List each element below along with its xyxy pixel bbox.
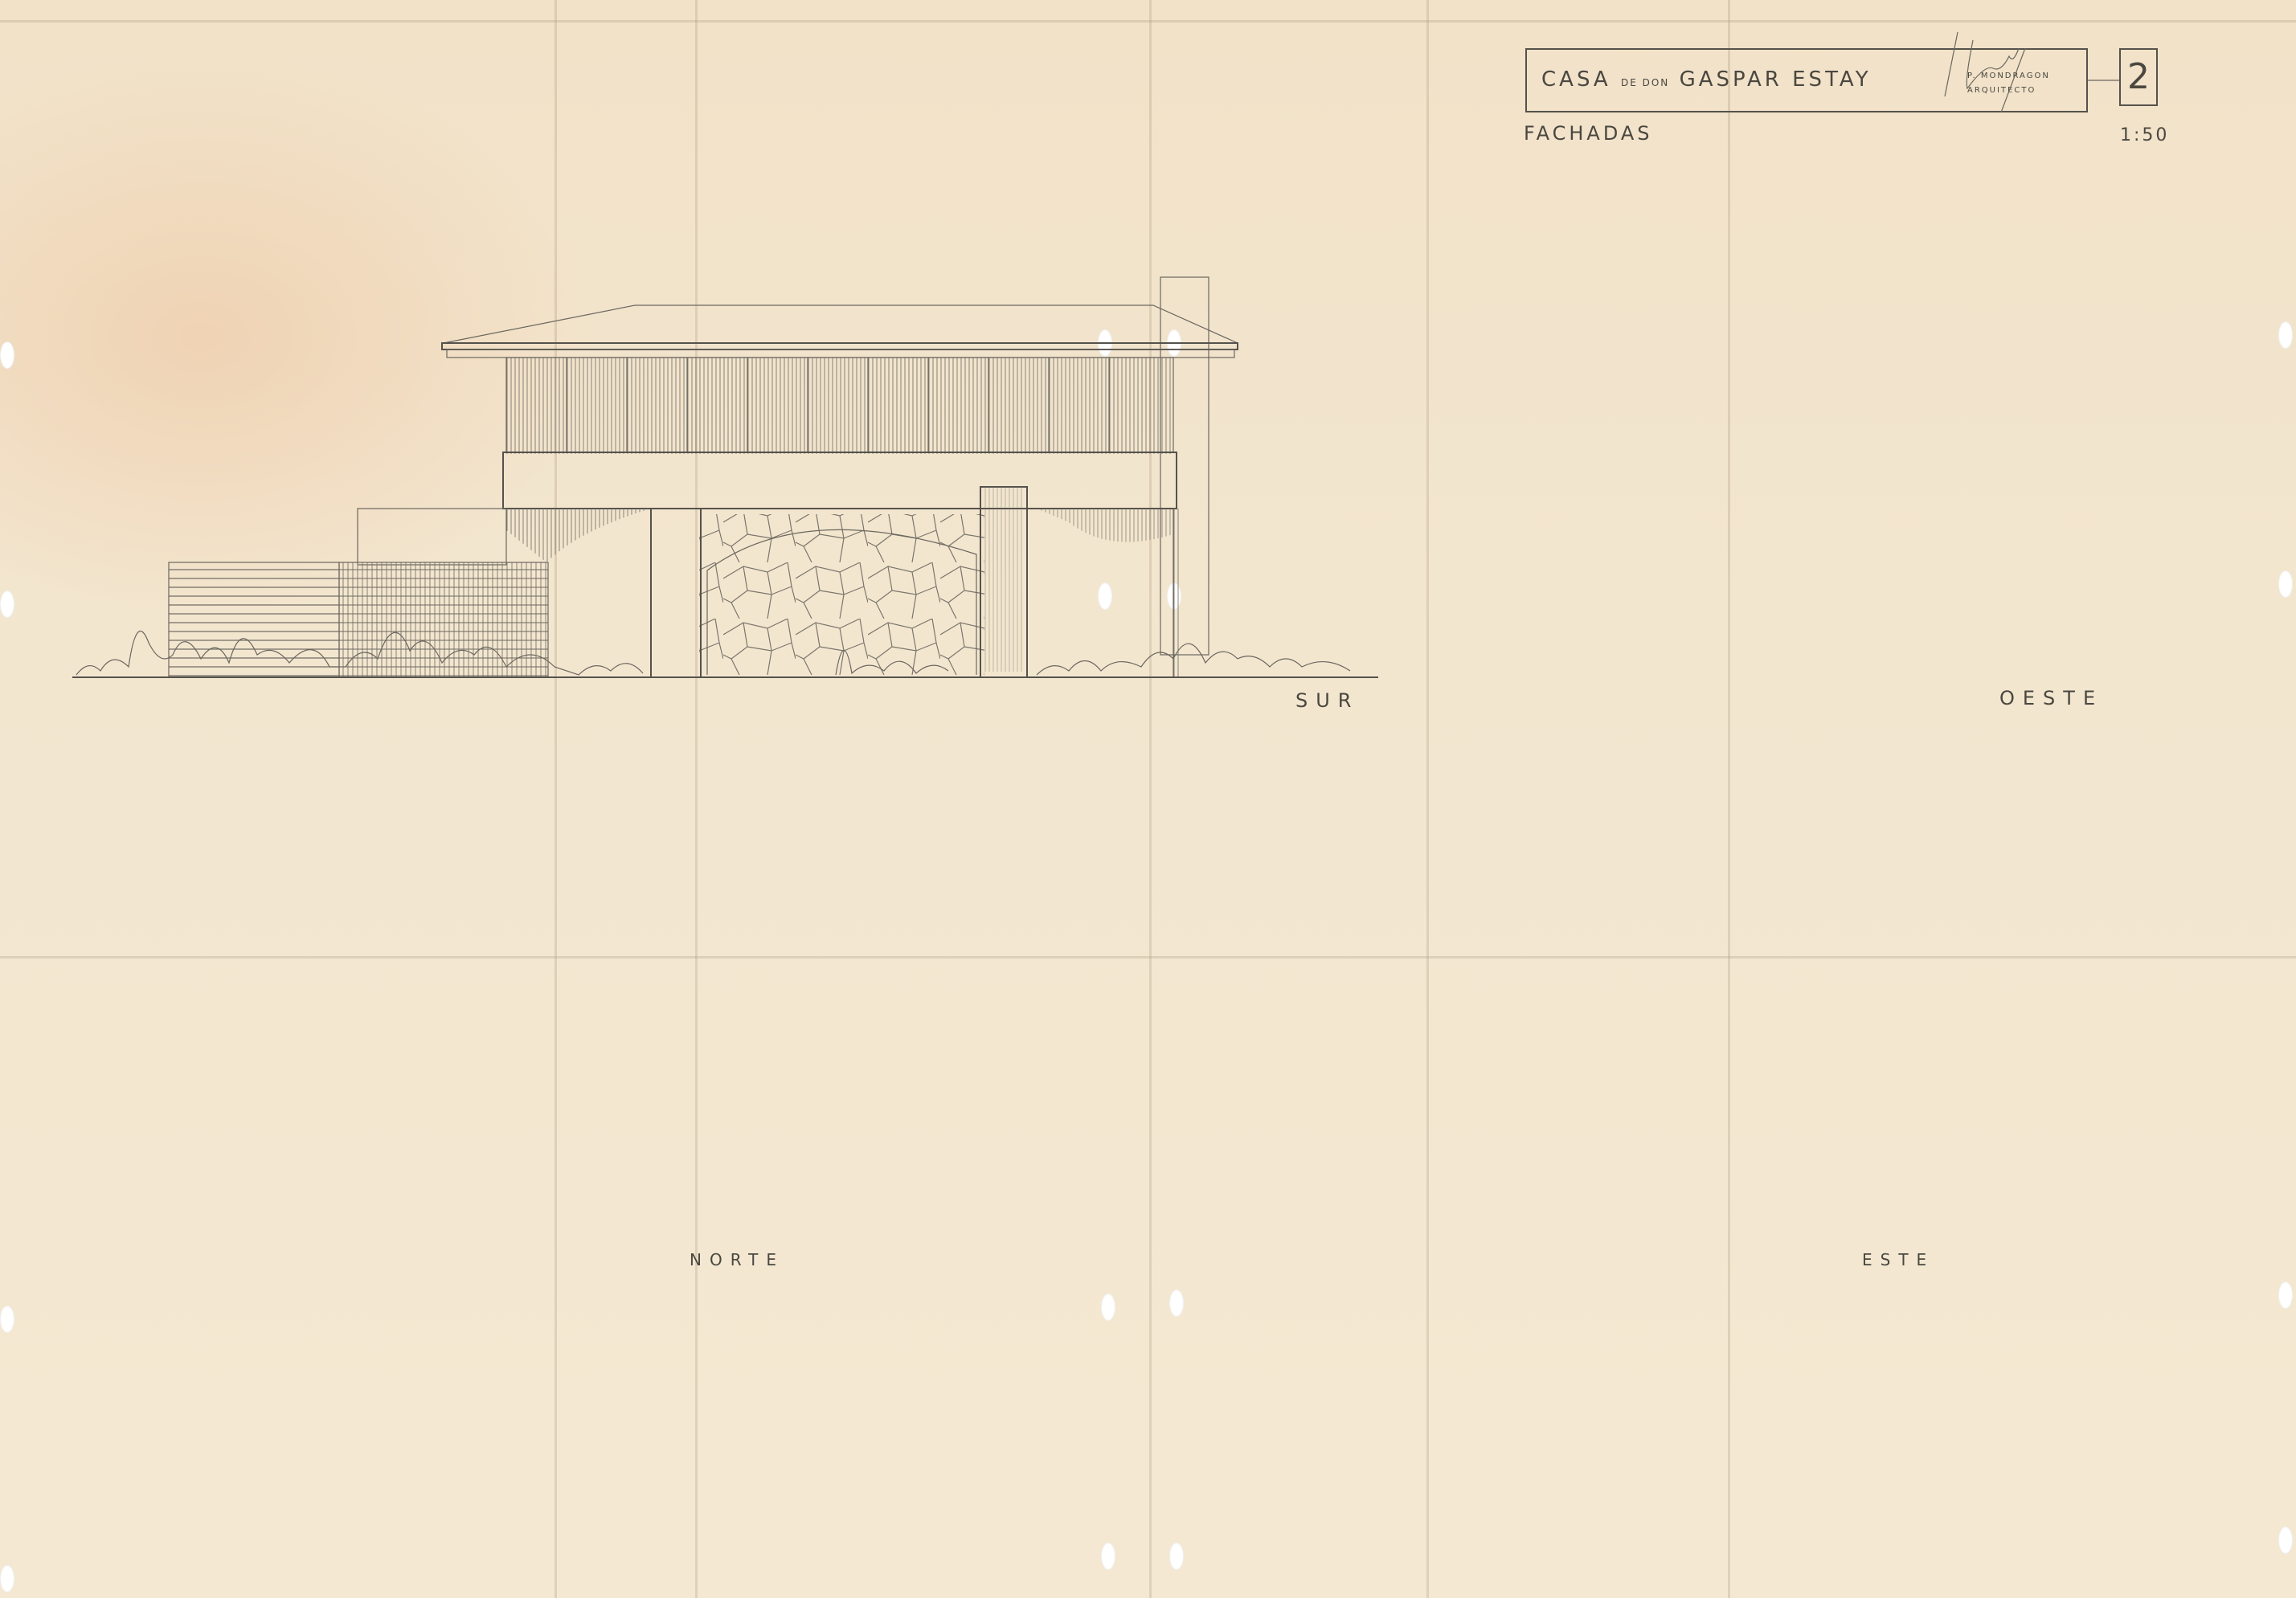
- elevation-label-norte: NORTE: [690, 1250, 784, 1269]
- elevation-label-oeste: OESTE: [1999, 687, 2103, 709]
- elevation-drawings: [0, 0, 2296, 1598]
- elevation-label-sur: SUR: [1295, 689, 1359, 712]
- elevation-sur: [72, 277, 1378, 677]
- elevation-label-este: ESTE: [1862, 1250, 1934, 1269]
